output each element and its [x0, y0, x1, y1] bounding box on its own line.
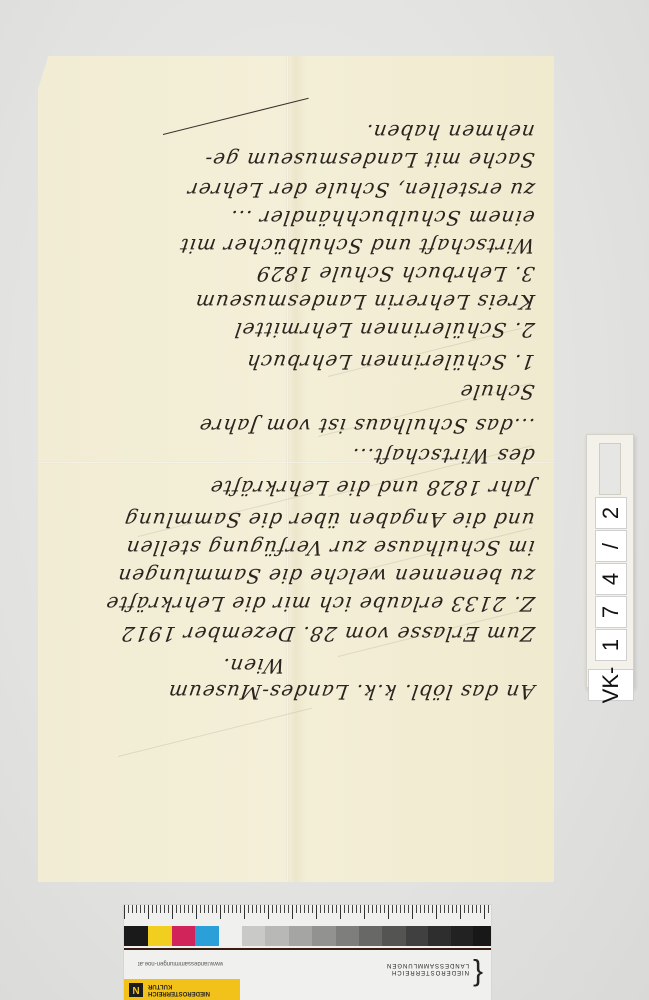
script-line: Zum Erlasse vom 28. Dezember 1912 [63, 628, 536, 646]
patch-white [219, 926, 242, 946]
tag-cell: 7 [595, 596, 627, 628]
script-line: Z. 2133 erlaube ich mir die Lehrkräfte [53, 598, 536, 616]
brace-icon: { [473, 959, 483, 989]
landessammlungen-label: NIEDERÖSTERREICH LANDESSAMMLUNGEN [386, 961, 469, 975]
specimen-tag: 2 / 4 7 1 VK- [586, 434, 634, 688]
lsn-label-line: LANDESSAMMLUNGEN [386, 961, 469, 968]
patch-gray-6 [359, 926, 382, 946]
patch-gray-3 [289, 926, 312, 946]
script-line: An das löbl. k.k. Landes-Museum [83, 686, 536, 704]
tag-cells: 2 / 4 7 1 VK- [595, 497, 625, 709]
patch-black [124, 926, 148, 946]
patch-gray-8 [406, 926, 428, 946]
tag-cell: VK- [588, 669, 634, 701]
patch-gray-5 [336, 926, 359, 946]
patch-cyan [195, 926, 218, 946]
patch-gray-1 [242, 926, 265, 946]
closing-flourish [163, 98, 309, 135]
script-line: nehmen haben. [383, 126, 536, 144]
script-line: und die Angaben über die Sammlung [53, 514, 536, 532]
patch-gray-11 [473, 926, 491, 946]
patch-gray-7 [382, 926, 405, 946]
patch-yellow [148, 926, 171, 946]
script-line: Wien. [163, 660, 286, 678]
script-line: zu erstellen, Schule der Lehrer [73, 184, 536, 202]
kultur-label: NIEDERÖSTERREICH KULTUR [148, 982, 210, 996]
letter-lines: nehmen haben. Sache mit Landesmuseum ge-… [38, 56, 554, 882]
script-line: 3. Lehrbuch Schule 1829 [93, 268, 536, 286]
script-line: 2. Schülerinnen Lehrmittel [93, 324, 536, 342]
script-line: 1. Schülerinnen Lehrbuch [183, 356, 536, 374]
script-line: Jahr 1828 und die Lehrkräfte [53, 482, 536, 500]
script-line: Sache mit Landesmuseum ge- [93, 154, 536, 172]
script-line: Kreis Lehrerin Landesmuseum [113, 296, 536, 314]
chart-url: www.landessammlungen-noe.at [138, 960, 223, 966]
lsn-label-line: NIEDERÖSTERREICH [386, 968, 469, 975]
patch-gray-4 [312, 926, 335, 946]
script-line: ...das Schulhaus ist vom Jahre [53, 420, 536, 438]
color-calibration-chart: www.landessammlungen-noe.at N NIEDERÖSTE… [123, 904, 492, 1000]
chart-stripe [124, 948, 491, 950]
ruler-major-ticks [124, 905, 491, 919]
tag-cell: 4 [595, 563, 627, 595]
kultur-logo-icon: N [129, 983, 143, 997]
patch-gray-2 [265, 926, 288, 946]
bleed-through [118, 708, 312, 757]
tag-cell: 2 [595, 497, 627, 529]
script-line: des Wirtschaft... [233, 450, 536, 468]
script-line: einem Schulbuchhändler ... [93, 212, 536, 230]
script-line: im Schulhause zur Verfügung stellen [63, 542, 536, 560]
tag-cell: 1 [595, 629, 627, 661]
patch-magenta [172, 926, 195, 946]
patch-gray-10 [451, 926, 473, 946]
tag-window [599, 443, 621, 495]
patch-gray-9 [428, 926, 450, 946]
kultur-label-line: NIEDERÖSTERREICH [148, 989, 210, 996]
script-line: Schule [433, 386, 536, 404]
tag-cell: / [595, 530, 627, 562]
script-line: zu benennen welche die Sammlungen [63, 570, 536, 588]
kultur-badge: N NIEDERÖSTERREICH KULTUR [124, 979, 240, 1000]
script-line: Wirtschaft und Schulbücher mit [73, 240, 536, 258]
handwritten-letter: nehmen haben. Sache mit Landesmuseum ge-… [38, 56, 554, 882]
color-patches [124, 926, 491, 946]
kultur-label-line: KULTUR [148, 982, 210, 989]
